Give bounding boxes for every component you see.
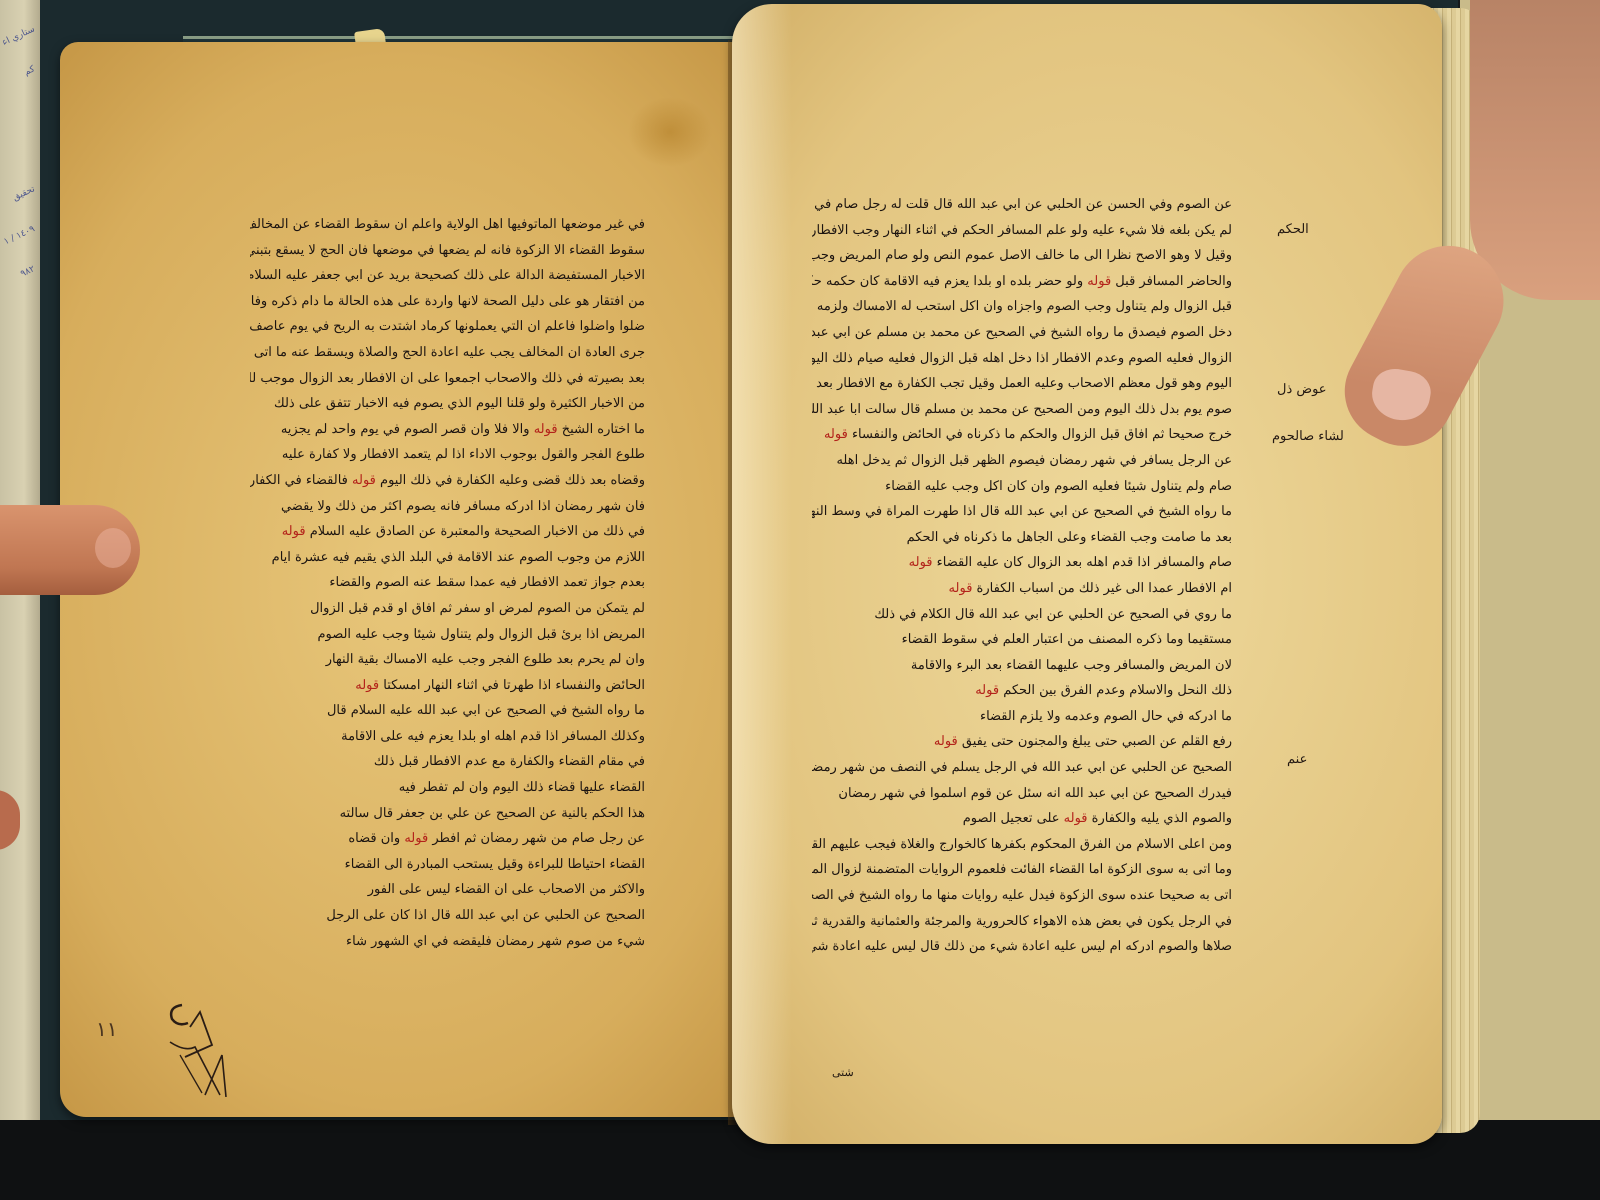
rubric-word: قوله: [1064, 811, 1088, 826]
rubric-word: قوله: [282, 524, 306, 539]
manuscript-line: بعدم جواز تعمد الافطار فيه عمدا سقط عنه …: [250, 570, 645, 596]
manuscript-line: لم يتمكن من الصوم لمرض او سفر ثم افاق او…: [250, 596, 645, 622]
manuscript-line: ما رواه الشيخ في الصحيح عن ابي عبد الله …: [250, 698, 645, 724]
right-page-text: عن الصوم وفي الحسن عن الحلبي عن ابي عبد …: [812, 192, 1232, 960]
manuscript-line: خرج صحيحا ثم افاق قبل الزوال والحكم ما ذ…: [812, 422, 1232, 448]
margin-note: عوض ذل: [1277, 382, 1327, 397]
manuscript-line: ما روي في الصحيح عن الحلبي عن ابي عبد ال…: [812, 602, 1232, 628]
manuscript-line: ام الافطار عمدا الى غير ذلك من اسباب الك…: [812, 576, 1232, 602]
manuscript-line: الزوال فعليه الصوم وعدم الافطار اذا دخل …: [812, 346, 1232, 372]
rubric-word: قوله: [909, 555, 933, 570]
manuscript-line: المريض اذا برئ قبل الزوال ولم يتناول شيئ…: [250, 622, 645, 648]
manuscript-line: ذلك النحل والاسلام وعدم الفرق بين الحكم …: [812, 678, 1232, 704]
manuscript-line: وقيل لا وهو الاصح نظرا الى ما خالف الاصل…: [812, 243, 1232, 269]
manuscript-line: اتى به صحيحا عنده سوى الزكوة فيدل عليه ر…: [812, 883, 1232, 909]
manuscript-line: وما اتى به سوى الزكوة اما القضاء الفائت …: [812, 857, 1232, 883]
manuscript-line: في الرجل يكون في بعض هذه الاهواء كالحرور…: [812, 909, 1232, 935]
manuscript-line: فيدرك الصحيح عن ابي عبد الله انه سئل عن …: [812, 781, 1232, 807]
rubric-word: قوله: [404, 831, 428, 846]
rubric-word: قوله: [534, 422, 558, 437]
manuscript-line: ما رواه الشيخ في الصحيح عن ابي عبد الله …: [812, 499, 1232, 525]
page-margin-mark: ١١: [96, 1017, 117, 1041]
manuscript-line: فان شهر رمضان اذا ادركه مسافر فانه يصوم …: [250, 494, 645, 520]
manuscript-line: القضاء احتياطا للبراءة وقيل يستحب المباد…: [250, 852, 645, 878]
paper-note: كم: [1, 63, 37, 88]
manuscript-line: رفع القلم عن الصبي حتى يبلغ والمجنون حتى…: [812, 729, 1232, 755]
rubric-word: قوله: [1087, 274, 1111, 289]
manuscript-line: والصوم الذي يليه والكفارة قوله على تعجيل…: [812, 806, 1232, 832]
manuscript-line: اللازم من وجوب الصوم عند الاقامة في البل…: [250, 545, 645, 571]
background-papers: ستاري اعلام كم تحقيق ١٤٠٩ / ١ / ١ ٩٨٢: [0, 0, 40, 1200]
manuscript-line: القضاء عليها قضاء ذلك اليوم وان لم تفطر …: [250, 775, 645, 801]
manuscript-line: صام ولم يتناول شيئا فعليه الصوم وان كان …: [812, 474, 1232, 500]
manuscript-line: سقوط القضاء الا الزكوة فانه لم يضعها في …: [250, 238, 645, 264]
manuscript-line: وان لم يحرم بعد طلوع الفجر وجب عليه الام…: [250, 647, 645, 673]
left-thumbnail: [95, 528, 131, 568]
manuscript-line: وكذلك المسافر اذا قدم اهله او بلدا يعزم …: [250, 724, 645, 750]
manuscript-left-page: في غير موضعها الماتوفيها اهل الولاية واع…: [60, 42, 740, 1117]
manuscript-line: في مقام القضاء والكفارة مع عدم الافطار ق…: [250, 749, 645, 775]
rubric-word: قوله: [352, 473, 376, 488]
margin-note: عنم: [1287, 752, 1307, 767]
manuscript-line: هذا الحكم بالنية عن الصحيح عن علي بن جعف…: [250, 801, 645, 827]
manuscript-line: بعد بصيرته في ذلك والاصحاب اجمعوا على ان…: [250, 366, 645, 392]
manuscript-line: قبل الزوال ولم يتناول وجب الصوم واجزاه و…: [812, 294, 1232, 320]
paper-note: ستاري اعلام: [1, 23, 37, 48]
manuscript-line: من الاخبار الكثيرة ولو قلنا اليوم الذي ي…: [250, 391, 645, 417]
manuscript-line: عن الصوم وفي الحسن عن الحلبي عن ابي عبد …: [812, 192, 1232, 218]
paper-note: تحقيق: [1, 183, 37, 208]
manuscript-line: جرى العادة ان المخالف يجب عليه اعادة الح…: [250, 340, 645, 366]
manuscript-line: والحاضر المسافر قبل قوله ولو حضر بلده او…: [812, 269, 1232, 295]
left-page-text: في غير موضعها الماتوفيها اهل الولاية واع…: [250, 212, 645, 954]
rubric-word: قوله: [949, 581, 973, 596]
manuscript-line: ما اختاره الشيخ قوله والا فلا وان قصر ال…: [250, 417, 645, 443]
manuscript-line: ومن اعلى الاسلام من الفرق المحكوم بكفرها…: [812, 832, 1232, 858]
paper-note: ١٤٠٩ / ١ / ١: [1, 223, 37, 248]
rubric-word: قوله: [824, 427, 848, 442]
manuscript-line: ضلوا واضلوا فاعلم ان التي يعملونها كرماد…: [250, 314, 645, 340]
manuscript-line: اليوم وهو قول معظم الاصحاب وعليه العمل و…: [812, 371, 1232, 397]
manuscript-line: ما ادركه في حال الصوم وعدمه ولا يلزم الق…: [812, 704, 1232, 730]
manuscript-line: وقضاه بعد ذلك قضى وعليه الكفارة في ذلك ا…: [250, 468, 645, 494]
manuscript-line: عن رجل صام من شهر رمضان ثم افطر قوله وان…: [250, 826, 645, 852]
manuscript-line: صلاها والصوم ادركه ام ليس عليه اعادة شيء…: [812, 934, 1232, 960]
manuscript-line: بعد ما صامت وجب القضاء وعلى الجاهل ما ذك…: [812, 525, 1232, 551]
rubric-word: قوله: [355, 678, 379, 693]
manuscript-right-page: عن الصوم وفي الحسن عن الحلبي عن ابي عبد …: [732, 4, 1442, 1144]
rubric-word: قوله: [934, 734, 958, 749]
paper-note: ٩٨٢: [1, 263, 37, 288]
manuscript-line: صوم يوم بدل ذلك اليوم ومن الصحيح عن محمد…: [812, 397, 1232, 423]
margin-note: لشاء صالحوم: [1272, 429, 1344, 444]
manuscript-line: مستقيما وما ذكره المصنف من اعتبار العلم …: [812, 627, 1232, 653]
catchword: شتى: [832, 1066, 854, 1079]
manuscript-line: الحائض والنفساء اذا طهرتا في اثناء النها…: [250, 673, 645, 699]
manuscript-line: الاخبار المستفيضة الدالة على ذلك كصحيحة …: [250, 263, 645, 289]
manuscript-line: صام والمسافر اذا قدم اهله بعد الزوال كان…: [812, 550, 1232, 576]
manuscript-line: دخل الصوم فيصدق ما رواه الشيخ في الصحيح …: [812, 320, 1232, 346]
rubric-word: قوله: [975, 683, 999, 698]
manuscript-line: عن الرجل يسافر في شهر رمضان فيصوم الظهر …: [812, 448, 1232, 474]
manuscript-line: الصحيح عن الحلبي عن ابي عبد الله قال اذا…: [250, 903, 645, 929]
manuscript-line: والاكثر من الاصحاب على ان القضاء ليس على…: [250, 877, 645, 903]
manuscript-line: في ذلك من الاخبار الصحيحة والمعتبرة عن ا…: [250, 519, 645, 545]
manuscript-line: لم يكن بلغه فلا شيء عليه ولو علم المسافر…: [812, 218, 1232, 244]
manuscript-line: الصحيح عن الحلبي عن ابي عبد الله في الرج…: [812, 755, 1232, 781]
manuscript-line: من افتقار هو على دليل الصحة لانها واردة …: [250, 289, 645, 315]
manuscript-line: لان المريض والمسافر وجب عليهما القضاء بع…: [812, 653, 1232, 679]
manuscript-line: في غير موضعها الماتوفيها اهل الولاية واع…: [250, 212, 645, 238]
margin-note: الحكم: [1277, 222, 1309, 237]
foliation-mark-icon: [160, 997, 230, 1097]
right-hand: [1470, 0, 1600, 300]
manuscript-line: طلوع الفجر والقول بوجوب الاداء اذا لم يت…: [250, 442, 645, 468]
manuscript-line: شيء من صوم شهر رمضان فليقضه في اي الشهور…: [250, 929, 645, 955]
